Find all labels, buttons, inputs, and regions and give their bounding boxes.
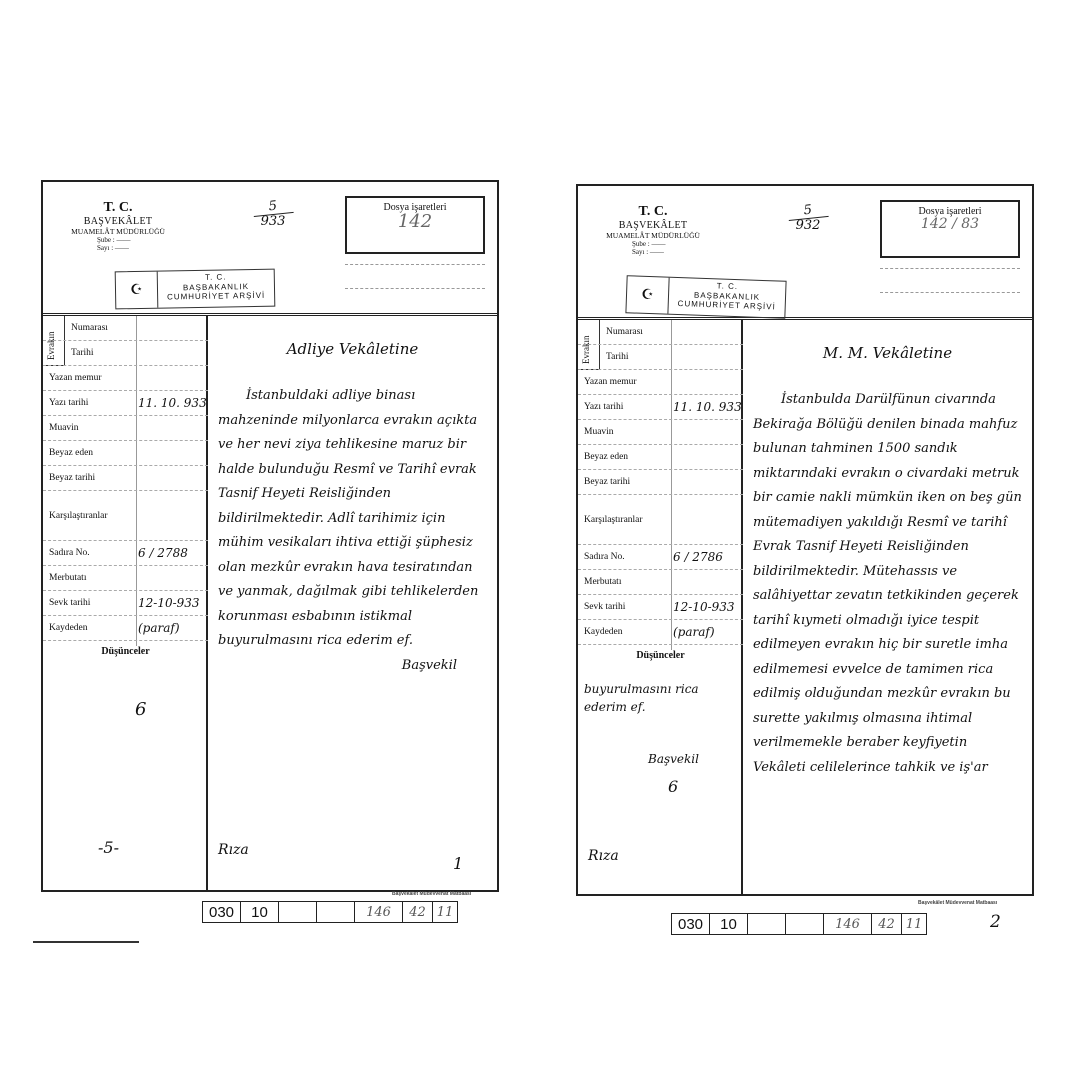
registry-row: Yazan memur: [578, 370, 743, 395]
document-page-1: T. C. BAŞVEKÂLET MUAMELÂT MÜDÜRLÜĞÜ Şube…: [41, 180, 499, 892]
remarks-heading: Düşünceler: [578, 650, 743, 661]
addressee: Adliye Vekâletine: [218, 340, 487, 358]
registry-label: Kaydeden: [578, 627, 671, 637]
registry-value: 6 / 2788: [136, 546, 208, 560]
registry-row: Tarihi: [578, 345, 743, 370]
file-marks-box: Dosya işaretleri 142: [345, 196, 485, 254]
initials-signature: Rıza: [218, 842, 249, 858]
registry-value: (paraf): [136, 621, 208, 635]
stamp-line: CUMHURİYET ARŞİVİ: [158, 291, 274, 303]
registry-label: Numarası: [65, 323, 136, 333]
document-page-2: T. C. BAŞVEKÂLET MUAMELÂT MÜDÜRLÜĞÜ Şube…: [576, 184, 1034, 896]
letter-body: Adliye Vekâletine İstanbuldaki adliye bi…: [210, 316, 497, 890]
org-department: MUAMELÂT MÜDÜRLÜĞÜ: [53, 228, 183, 237]
reference-cell: 42: [872, 914, 902, 934]
registry-row: Merbutatı: [43, 566, 208, 591]
registry-label: Tarihi: [600, 352, 671, 362]
remarks-note: buyurulmasını rica ederim ef.: [584, 680, 704, 716]
organization-block: T. C. BAŞVEKÂLET MUAMELÂT MÜDÜRLÜĞÜ Şube…: [588, 204, 718, 256]
registry-label: Yazan memur: [578, 377, 671, 387]
letterhead: T. C. BAŞVEKÂLET MUAMELÂT MÜDÜRLÜĞÜ Şube…: [43, 182, 497, 316]
registry-label: Sevk tarihi: [578, 602, 671, 612]
reference-cell: 10: [710, 914, 748, 934]
registry-row: Beyaz tarihi: [43, 466, 208, 491]
crescent-star-icon: ☪: [116, 272, 159, 309]
registry-row: Yazan memur: [43, 366, 208, 391]
org-department: MUAMELÂT MÜDÜRLÜĞÜ: [588, 232, 718, 241]
reference-cell: [748, 914, 786, 934]
registry-label: Sevk tarihi: [43, 598, 136, 608]
registry-row: Sevk tarihi12-10-933: [578, 595, 743, 620]
registry-label: Merbutatı: [43, 573, 136, 583]
registry-label: Kaydeden: [43, 623, 136, 633]
divider: [880, 292, 1020, 293]
registry-label: Sadıra No.: [578, 552, 671, 562]
registry-label: Beyaz eden: [578, 452, 671, 462]
reference-cell: [786, 914, 824, 934]
file-fraction: 5 933: [253, 200, 293, 230]
registry-label: Beyaz tarihi: [578, 477, 671, 487]
org-name: BAŞVEKÂLET: [588, 220, 718, 232]
registry-row: Karşılaştıranlar: [43, 491, 208, 541]
registry-label: Beyaz tarihi: [43, 473, 136, 483]
registry-label: Yazı tarihi: [43, 398, 136, 408]
file-fraction: 5 932: [788, 204, 828, 234]
registry-label: Yazan memur: [43, 373, 136, 383]
reference-cell: 42: [403, 902, 433, 922]
registry-row: Merbutatı: [578, 570, 743, 595]
sayi-label: Sayı : ——: [588, 248, 718, 256]
divider: [345, 264, 485, 265]
divider: [345, 288, 485, 289]
registry-label: Tarihi: [65, 348, 136, 358]
registry-label: Merbutatı: [578, 577, 671, 587]
registry-row: Karşılaştıranlar: [578, 495, 743, 545]
organization-block: T. C. BAŞVEKÂLET MUAMELÂT MÜDÜRLÜĞÜ Şube…: [53, 200, 183, 252]
side-mark: 6: [668, 775, 678, 799]
registry-row: Kaydeden(paraf): [578, 620, 743, 645]
signature-title: Başvekil: [218, 658, 487, 673]
letter-body: M. M. Vekâletine İstanbulda Darülfünun c…: [745, 320, 1032, 894]
reference-cell: 10: [241, 902, 279, 922]
scan-edge-line: [33, 941, 139, 943]
registry-value: 11. 10. 933: [671, 400, 743, 414]
registry-label: Yazı tarihi: [578, 402, 671, 412]
org-name: BAŞVEKÂLET: [53, 216, 183, 228]
registry-row: Muavin: [43, 416, 208, 441]
reference-code-boxes: 030101464211: [671, 913, 927, 935]
reference-cell: [279, 902, 317, 922]
file-marks-value: 142: [347, 213, 483, 231]
registry-row: Numarası: [578, 320, 743, 345]
printer-credit: Başvekâlet Müdevvenat Matbaası: [918, 900, 997, 906]
remarks-signature: Başvekil: [648, 750, 699, 768]
crescent-star-icon: ☪: [626, 276, 669, 313]
registry-label: Karşılaştıranlar: [578, 515, 671, 525]
registry-row: Sevk tarihi12-10-933: [43, 591, 208, 616]
registry-value: (paraf): [671, 625, 743, 639]
addressee: M. M. Vekâletine: [753, 344, 1022, 362]
reference-cell: 146: [355, 902, 403, 922]
archive-stamp: ☪ T. C. BAŞBAKANLIK CUMHURİYET ARŞİVİ: [625, 275, 786, 319]
registry-label: Muavin: [43, 423, 136, 433]
reference-code-boxes: 030101464211: [202, 901, 458, 923]
printer-credit: Başvekâlet Müdevvenat Matbaası: [392, 891, 471, 897]
registry-row: Sadıra No.6 / 2788: [43, 541, 208, 566]
registry-label: Muavin: [578, 427, 671, 437]
reference-cell: 11: [433, 902, 457, 922]
sube-label: Şube : ——: [588, 240, 718, 248]
registry-fields: Evrakın NumarasıTarihiYazan memurYazı ta…: [578, 320, 743, 894]
reference-cell: 030: [672, 914, 710, 934]
archive-stamp: ☪ T. C. BAŞBAKANLIK CUMHURİYET ARŞİVİ: [115, 269, 276, 310]
registry-label: Beyaz eden: [43, 448, 136, 458]
org-tc: T. C.: [53, 200, 183, 216]
side-mark: 6: [135, 696, 146, 723]
registry-value: 12-10-933: [136, 596, 208, 610]
fraction-bottom: 933: [253, 215, 293, 229]
letter-paragraph: İstanbuldaki adliye binası mahzeninde mi…: [218, 384, 487, 654]
registry-label: Numarası: [600, 327, 671, 337]
sheet-number: 2: [990, 912, 1001, 932]
page-number: 1: [453, 854, 463, 873]
org-tc: T. C.: [588, 204, 718, 220]
reference-cell: 030: [203, 902, 241, 922]
reference-cell: 11: [902, 914, 926, 934]
margin-number: -5-: [98, 836, 119, 860]
registry-row: Kaydeden(paraf): [43, 616, 208, 641]
divider: [880, 268, 1020, 269]
file-marks-box: Dosya işaretleri 142 / 83: [880, 200, 1020, 258]
registry-row: Beyaz eden: [578, 445, 743, 470]
registry-row: Yazı tarihi11. 10. 933: [43, 391, 208, 416]
sube-label: Şube : ——: [53, 236, 183, 244]
registry-row: Numarası: [43, 316, 208, 341]
registry-row: Sadıra No.6 / 2786: [578, 545, 743, 570]
registry-value: 11. 10. 933: [136, 396, 208, 410]
registry-row: Muavin: [578, 420, 743, 445]
file-marks-value: 142 / 83: [882, 217, 1018, 231]
registry-fields: Evrakın NumarasıTarihiYazan memurYazı ta…: [43, 316, 208, 890]
registry-row: Beyaz eden: [43, 441, 208, 466]
sayi-label: Sayı : ——: [53, 244, 183, 252]
fraction-bottom: 932: [788, 219, 828, 233]
reference-cell: 146: [824, 914, 872, 934]
registry-row: Beyaz tarihi: [578, 470, 743, 495]
letter-paragraph: İstanbulda Darülfünun civarında Bekirağa…: [753, 388, 1022, 780]
registry-row: Tarihi: [43, 341, 208, 366]
registry-label: Karşılaştıranlar: [43, 511, 136, 521]
remarks-heading: Düşünceler: [43, 646, 208, 657]
reference-cell: [317, 902, 355, 922]
registry-value: 6 / 2786: [671, 550, 743, 564]
registry-value: 12-10-933: [671, 600, 743, 614]
initials-signature: Rıza: [588, 848, 619, 864]
registry-row: Yazı tarihi11. 10. 933: [578, 395, 743, 420]
letterhead: T. C. BAŞVEKÂLET MUAMELÂT MÜDÜRLÜĞÜ Şube…: [578, 186, 1032, 320]
registry-label: Sadıra No.: [43, 548, 136, 558]
